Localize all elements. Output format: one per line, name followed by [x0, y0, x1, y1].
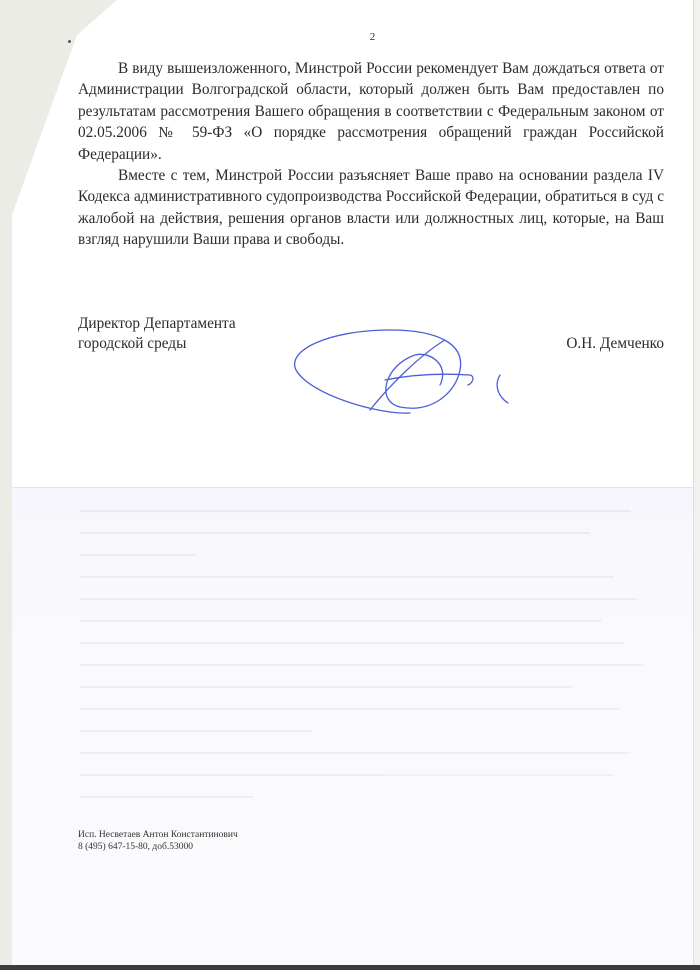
executor-info: Исп. Несветаев Антон Константинович 8 (4… — [78, 829, 238, 853]
reverse-side-bleed-through — [80, 510, 660, 840]
paragraph-right-to-appeal: Вместе с тем, Минстрой России разъясняет… — [78, 165, 664, 251]
scan-bottom-edge — [0, 965, 700, 970]
signatory-title-line-2: городской среды — [78, 334, 186, 354]
signatory-title-line-1: Директор Департамента — [78, 314, 236, 334]
executor-name: Исп. Несветаев Антон Константинович — [78, 829, 238, 841]
letter-body: В виду вышеизложенного, Минстрой России … — [78, 58, 664, 251]
paragraph-recommendation: В виду вышеизложенного, Минстрой России … — [78, 58, 664, 165]
signatory-name: О.Н. Демченко — [566, 334, 664, 354]
handwritten-signature-icon — [290, 325, 530, 415]
executor-phone: 8 (495) 647-15-80, доб.53000 — [78, 841, 238, 853]
page-number: 2 — [0, 31, 700, 43]
page-right-edge — [693, 0, 700, 970]
